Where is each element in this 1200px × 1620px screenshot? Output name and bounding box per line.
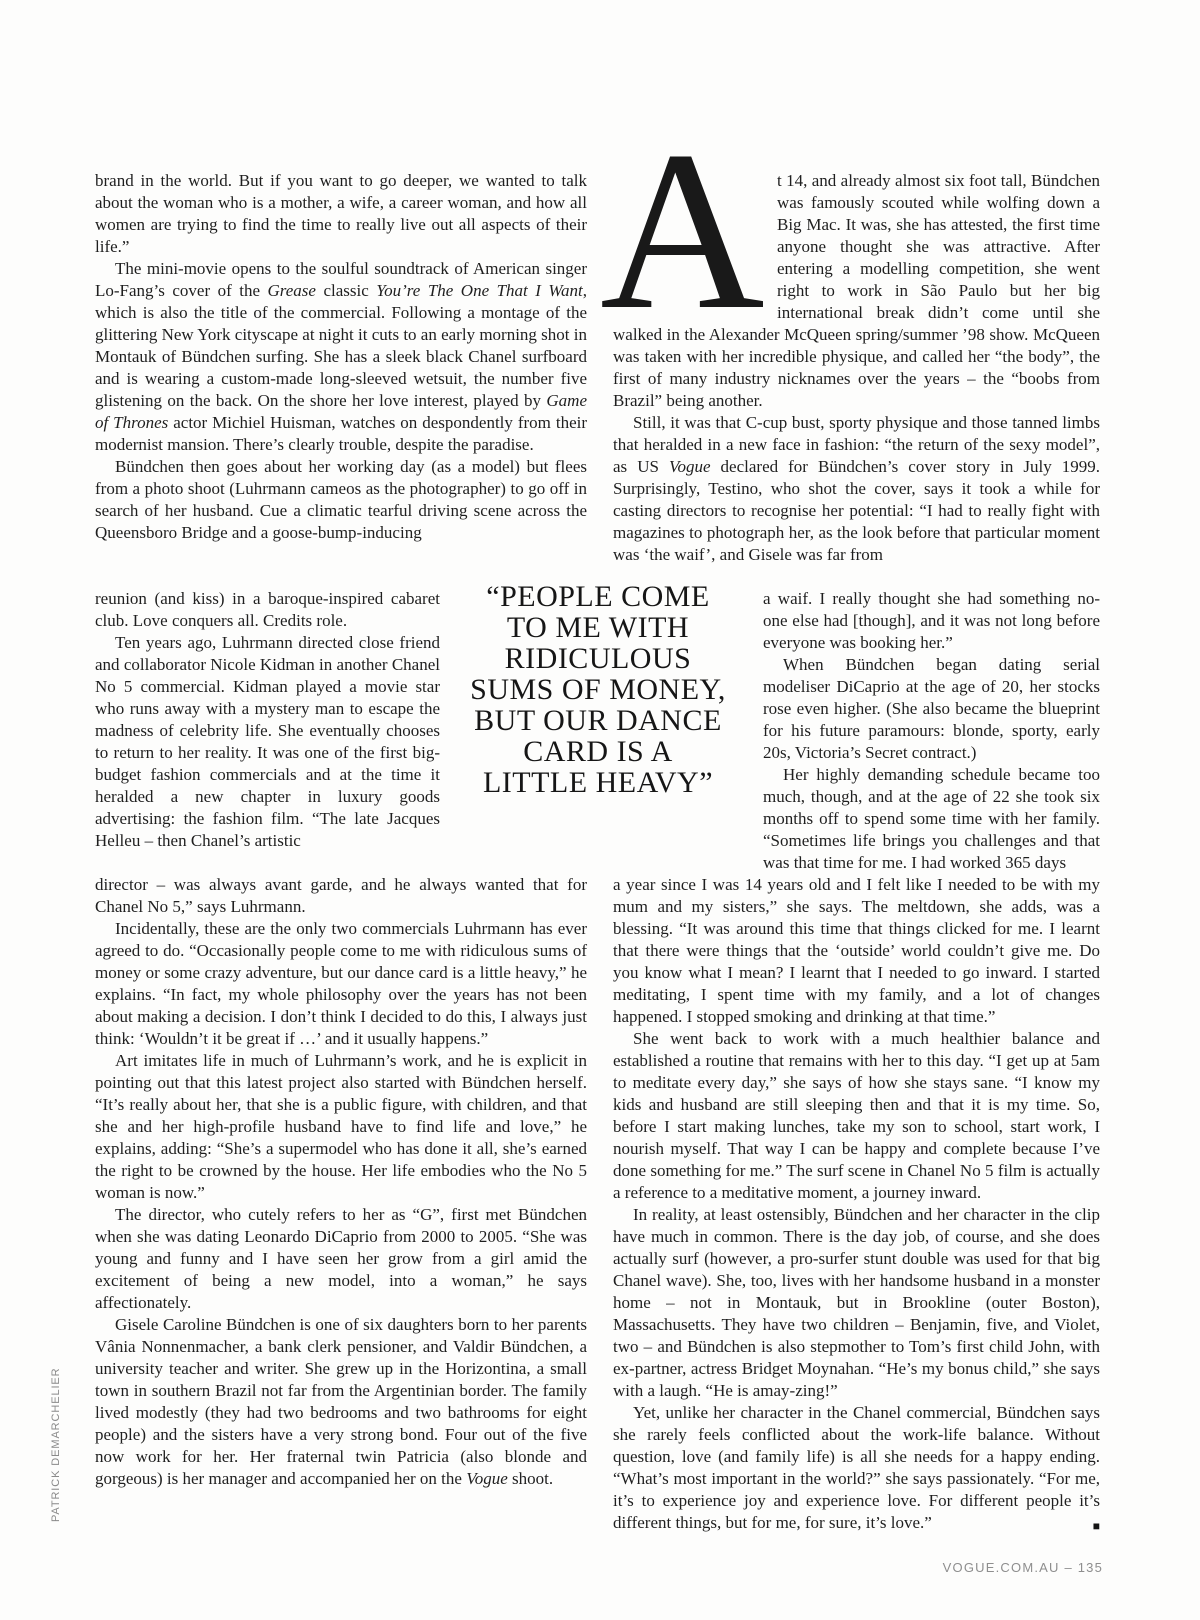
paragraph: When Bündchen began dating serial modeli… xyxy=(763,654,1100,764)
drop-cap-letter: A xyxy=(600,117,765,345)
pull-quote-line: TO ME WITH xyxy=(440,612,756,643)
pull-quote-line: SUMS OF MONEY, xyxy=(440,674,756,705)
paragraph: brand in the world. But if you want to g… xyxy=(95,170,587,258)
pull-quote: “PEOPLE COME TO ME WITH RIDICULOUS SUMS … xyxy=(440,581,756,798)
paragraph: Gisele Caroline Bündchen is one of six d… xyxy=(95,1314,587,1490)
paragraph: The director, who cutely refers to her a… xyxy=(95,1204,587,1314)
footer-page-number: 135 xyxy=(1078,1560,1103,1575)
paragraph: The mini-movie opens to the soulful soun… xyxy=(95,258,587,456)
paragraph: Incidentally, these are the only two com… xyxy=(95,918,587,1050)
paragraph: director – was always avant garde, and h… xyxy=(95,874,587,918)
left-text-block-beside-quote: reunion (and kiss) in a baroque-inspired… xyxy=(95,588,440,874)
pull-quote-line: BUT OUR DANCE xyxy=(440,705,756,736)
left-column: brand in the world. But if you want to g… xyxy=(95,170,587,1490)
right-text-block-bottom: a year since I was 14 years old and I fe… xyxy=(613,874,1100,1534)
paragraph: Bündchen then goes about her working day… xyxy=(95,456,587,544)
pull-quote-line: RIDICULOUS xyxy=(440,643,756,674)
footer-separator: – xyxy=(1064,1560,1072,1575)
paragraph: reunion (and kiss) in a baroque-inspired… xyxy=(95,588,440,632)
paragraph: Ten years ago, Luhrmann directed close f… xyxy=(95,632,440,852)
left-text-block-bottom: director – was always avant garde, and h… xyxy=(95,874,587,1490)
footer-site: VOGUE.COM.AU xyxy=(943,1560,1060,1575)
right-text-block-beside-quote: a waif. I really thought she had somethi… xyxy=(763,588,1100,874)
photographer-credit: PATRICK DEMARCHELIER xyxy=(50,1367,62,1522)
paragraph: Her highly demanding schedule became too… xyxy=(763,764,1100,874)
paragraph: Still, it was that C-cup bust, sporty ph… xyxy=(613,412,1100,566)
page-footer: VOGUE.COM.AU – 135 xyxy=(943,1560,1103,1575)
paragraph: a year since I was 14 years old and I fe… xyxy=(613,874,1100,1028)
paragraph: She went back to work with a much health… xyxy=(613,1028,1100,1204)
pull-quote-line: CARD IS A xyxy=(440,736,756,767)
paragraph: In reality, at least ostensibly, Bündche… xyxy=(613,1204,1100,1402)
paragraph: Art imitates life in much of Luhrmann’s … xyxy=(95,1050,587,1204)
right-column: t 14, and already almost six foot tall, … xyxy=(613,170,1100,1534)
pull-quote-line: LITTLE HEAVY” xyxy=(440,767,756,798)
left-text-block-top: brand in the world. But if you want to g… xyxy=(95,170,587,588)
paragraph: a waif. I really thought she had somethi… xyxy=(763,588,1100,654)
pull-quote-line: “PEOPLE COME xyxy=(440,581,756,612)
